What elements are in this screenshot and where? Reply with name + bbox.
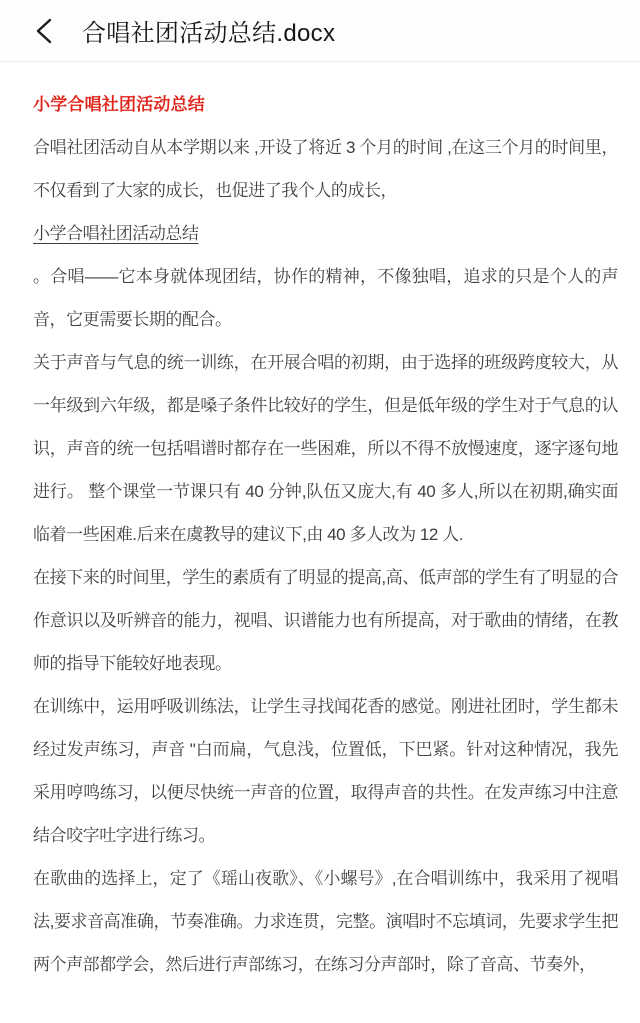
doc-paragraph-1: 合唱社团活动自从本学期以来 ,开设了将近 3 个月的时间 ,在这三个月的时间里，… [33, 126, 618, 212]
chevron-left-icon [32, 16, 58, 46]
top-bar: 合唱社团活动总结.docx [0, 0, 640, 62]
doc-underlined-heading: 小学合唱社团活动总结 [33, 212, 618, 255]
doc-red-heading: 小学合唱社团活动总结 [33, 83, 618, 126]
app-window: 合唱社团活动总结.docx 小学合唱社团活动总结 合唱社团活动自从本学期以来 ,… [0, 0, 640, 1023]
file-title: 合唱社团活动总结.docx [82, 13, 335, 48]
back-button[interactable] [28, 12, 62, 50]
document-viewer[interactable]: 小学合唱社团活动总结 合唱社团活动自从本学期以来 ,开设了将近 3 个月的时间 … [0, 62, 640, 1023]
doc-paragraph-4: 在接下来的时间里，学生的素质有了明显的提高,高、低声部的学生有了明显的合作意识以… [33, 556, 618, 685]
doc-paragraph-3: 关于声音与气息的统一训练，在开展合唱的初期，由于选择的班级跨度较大，从一年级到六… [33, 341, 618, 556]
doc-paragraph-2: 。合唱——它本身就体现团结，协作的精神，不像独唱，追求的只是个人的声音，它更需要… [33, 255, 618, 341]
doc-paragraph-5: 在训练中，运用呼吸训练法，让学生寻找闻花香的感觉。刚进社团时，学生都未经过发声练… [33, 685, 618, 857]
doc-paragraph-6: 在歌曲的选择上，定了《瑶山夜歌》、《小螺号》,在合唱训练中，我采用了视唱法,要求… [33, 857, 618, 986]
